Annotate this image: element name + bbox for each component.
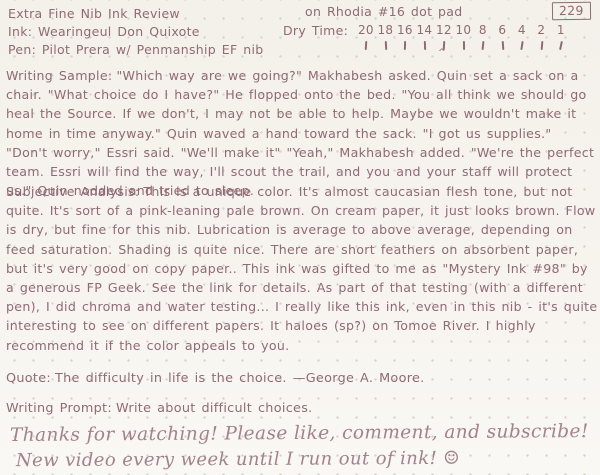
writing-sample-label: Writing Sample:: [6, 68, 112, 83]
dry-time-mark: 1: [551, 23, 571, 50]
dry-time-value: 6: [498, 23, 506, 37]
dry-time-mark: 4: [512, 23, 532, 50]
dry-time-tick: [384, 41, 386, 50]
dry-time-value: 18: [377, 23, 393, 37]
dry-time-value: 4: [518, 23, 526, 37]
dry-time-mark: 14: [415, 23, 435, 50]
dry-time-mark: 10: [454, 23, 474, 50]
writing-sample-section: Writing Sample:"Which way are we going?"…: [6, 66, 596, 200]
subjective-analysis-section: Subjective Analysis:This is a unique col…: [6, 182, 598, 355]
writing-prompt-label: Writing Prompt:: [6, 401, 112, 416]
review-header: Extra Fine Nib Ink Review Ink: Wearingeu…: [8, 5, 263, 59]
dry-time-tick: [501, 41, 503, 50]
dry-time-tick: [423, 41, 425, 50]
notebook-page: Extra Fine Nib Ink Review Ink: Wearingeu…: [0, 0, 600, 475]
dry-time-mark: 20: [356, 23, 376, 50]
paper-type-note: on Rhodia #16 dot pad: [305, 4, 462, 19]
caret-mark: ^: [438, 48, 446, 58]
writing-prompt-text: Write about difficult choices.: [116, 401, 313, 416]
dry-time-mark: 2: [532, 23, 552, 50]
dry-time-value: 1: [557, 23, 565, 37]
dry-time-value: 10: [455, 23, 471, 37]
ink-name-line: Ink: Wearingeul Don Quixote: [8, 23, 263, 41]
dry-time-value: 12: [436, 23, 452, 37]
dry-time-mark: 12: [434, 23, 454, 50]
writing-sample-text: "Which way are we going?" Makhabesh aske…: [6, 68, 594, 198]
page-number-box: 229: [552, 2, 591, 21]
subjective-analysis-label: Subjective Analysis:: [6, 184, 139, 199]
dry-time-mark: 18: [376, 23, 396, 50]
outro-line-1: Thanks for watching! Please like, commen…: [10, 421, 589, 446]
dry-time-tick: [559, 41, 562, 50]
subjective-analysis-text: This is a unique color. It's almost cauc…: [6, 184, 597, 353]
dry-time-value: 14: [416, 23, 432, 37]
dry-time-label: Dry Time:: [283, 23, 348, 38]
page-number: 229: [559, 3, 584, 18]
dry-time-tick: [482, 41, 485, 50]
dry-time-mark: 6: [493, 23, 513, 50]
quote-text: The difficulty in life is the choice. —G…: [55, 371, 425, 386]
dry-time-value: 20: [358, 23, 374, 37]
dry-time-mark: 16: [395, 23, 415, 50]
quote-section: Quote:The difficulty in life is the choi…: [6, 371, 425, 386]
pen-name-line: Pen: Pilot Prera w/ Penmanship EF nib: [8, 41, 263, 59]
writing-prompt-section: Writing Prompt:Write about difficult cho…: [6, 401, 313, 416]
dry-time-tick: [463, 41, 465, 50]
page-title: Extra Fine Nib Ink Review: [8, 5, 263, 23]
dry-time-tick: [365, 41, 367, 50]
dry-time-tick: [540, 41, 542, 50]
dry-time-value: 8: [479, 23, 487, 37]
dry-time-tick: [520, 41, 523, 50]
dry-time-value: 2: [537, 23, 545, 37]
dry-time-value: 16: [397, 23, 413, 37]
outro-line-2: New video every week until I run out of …: [16, 448, 460, 471]
dry-time-test: Dry Time: 20181614121086421: [283, 23, 571, 50]
quote-label: Quote:: [6, 371, 51, 386]
dry-time-scale: 20181614121086421: [356, 23, 571, 50]
dry-time-tick: [404, 41, 406, 50]
dry-time-mark: 8: [473, 23, 493, 50]
